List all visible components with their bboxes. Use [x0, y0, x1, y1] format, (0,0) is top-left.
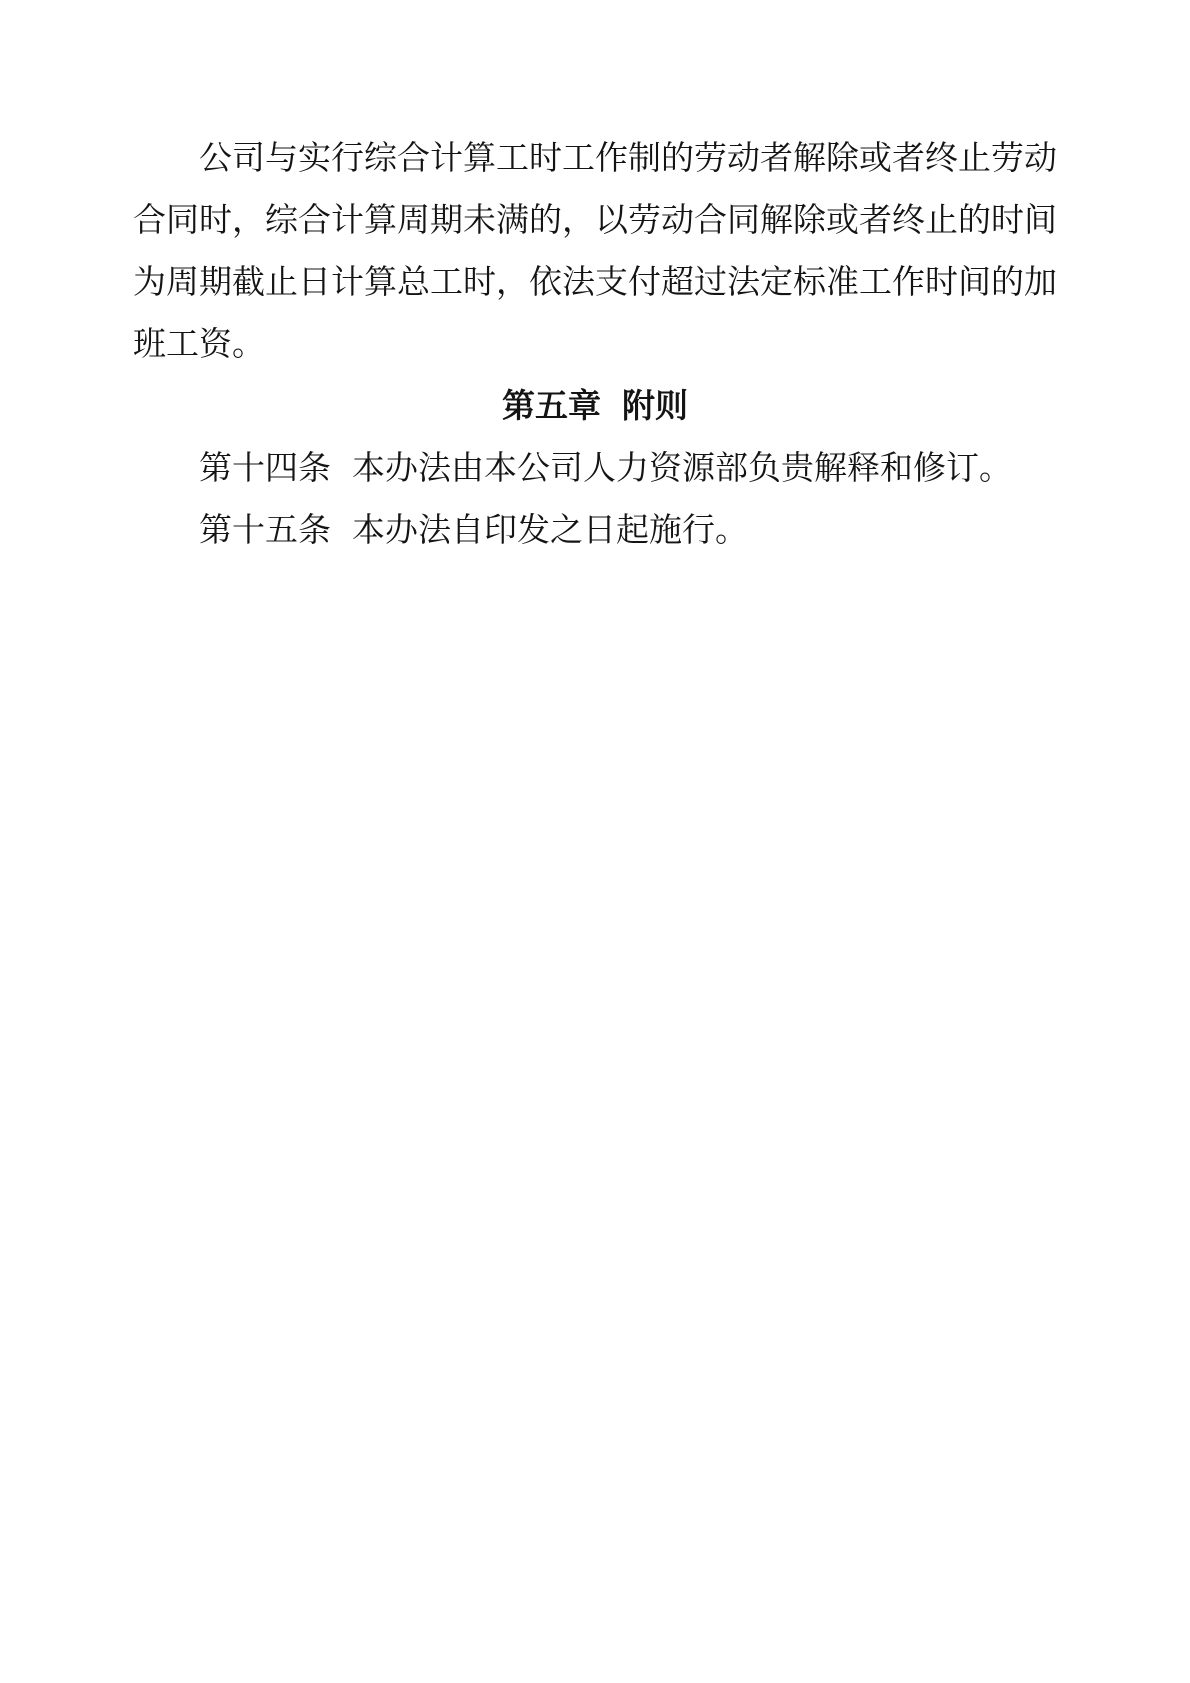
document-body: 公司与实行综合计算工时工作制的劳动者解除或者终止劳动 合同时，综合计算周期未满的…	[133, 128, 1057, 562]
chapter-heading: 第五章附则	[133, 376, 1057, 438]
article-text: 本办法自印发之日起施行。	[352, 513, 748, 549]
article-line: 第十四条本办法由本公司人力资源部负贵解释和修订。	[133, 438, 1057, 500]
chapter-number: 第五章	[502, 389, 601, 425]
paragraph-line: 公司与实行综合计算工时工作制的劳动者解除或者终止劳动	[133, 128, 1057, 190]
article-text: 本办法由本公司人力资源部负贵解释和修订。	[352, 451, 1012, 487]
chapter-title: 附则	[622, 389, 688, 425]
paragraph-line: 为周期截止日计算总工时，依法支付超过法定标准工作时间的加	[133, 252, 1057, 314]
document-page: 公司与实行综合计算工时工作制的劳动者解除或者终止劳动 合同时，综合计算周期未满的…	[0, 0, 1190, 1683]
article-number: 第十五条	[199, 513, 331, 549]
paragraph-line: 班工资。	[133, 314, 1057, 376]
article-number: 第十四条	[199, 451, 331, 487]
body-paragraph: 公司与实行综合计算工时工作制的劳动者解除或者终止劳动 合同时，综合计算周期未满的…	[133, 128, 1057, 376]
paragraph-line: 合同时，综合计算周期未满的，以劳动合同解除或者终止的时间	[133, 190, 1057, 252]
article-line: 第十五条本办法自印发之日起施行。	[133, 500, 1057, 562]
